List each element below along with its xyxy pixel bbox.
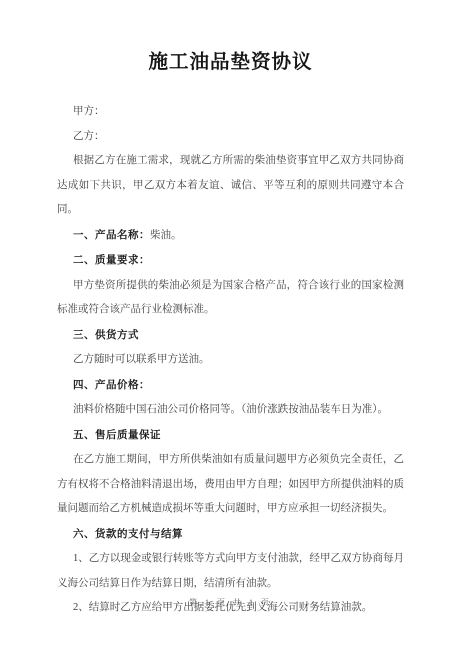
section-6-heading: 六、货款的支付与结算 — [57, 522, 404, 548]
intro-paragraph: 根据乙方在施工需求，现就乙方所需的柴油垫资事宜甲乙双方共同协商达成如下共识，甲乙… — [57, 149, 404, 223]
section-6-paragraph-1: 1、乙方以现金或银行转账等方式向甲方支付油款，经甲乙双方协商每月义海公司结算日作… — [57, 547, 404, 596]
section-5-paragraph: 在乙方施工期间，甲方所供柴油如有质量问题甲方必须负完全责任，乙方有权将不合格油料… — [57, 448, 404, 522]
section-5-heading: 五、售后质量保证 — [57, 423, 404, 449]
page-number-footer: 第 1 页 共 1 页 — [0, 596, 461, 610]
section-5-heading-label: 五、售后质量保证 — [73, 429, 161, 441]
section-6-heading-label: 六、货款的支付与结算 — [73, 528, 183, 540]
section-4-paragraph: 油料价格随中国石油公司价格同等。（油价涨跌按油品装车日为准）。 — [57, 398, 404, 423]
document-title: 施工油品垫资协议 — [0, 0, 461, 76]
section-4-heading: 四、产品价格： — [57, 373, 404, 399]
section-3-heading: 三、供货方式 — [57, 323, 404, 349]
section-1-heading: 一、产品名称：柴油。 — [57, 223, 404, 249]
section-3-heading-label: 三、供货方式 — [73, 329, 139, 341]
section-1-inline-value: 柴油。 — [150, 230, 182, 241]
party-a-line: 甲方： — [57, 100, 404, 125]
section-1-heading-label: 一、产品名称： — [73, 229, 150, 241]
section-2-paragraph: 甲方垫资所提供的柴油必须是为国家合格产品，符合该行业的国家检测标准或符合该产品行… — [57, 274, 404, 323]
document-body: 甲方： 乙方： 根据乙方在施工需求，现就乙方所需的柴油垫资事宜甲乙双方共同协商达… — [0, 100, 461, 621]
party-b-line: 乙方： — [57, 125, 404, 150]
section-2-heading: 二、质量要求： — [57, 248, 404, 274]
section-4-heading-label: 四、产品价格： — [73, 379, 150, 391]
document-page: 施工油品垫资协议 甲方： 乙方： 根据乙方在施工需求，现就乙方所需的柴油垫资事宜… — [0, 0, 461, 653]
section-3-paragraph: 乙方随时可以联系甲方送油。 — [57, 348, 404, 373]
section-2-heading-label: 二、质量要求： — [73, 254, 150, 266]
